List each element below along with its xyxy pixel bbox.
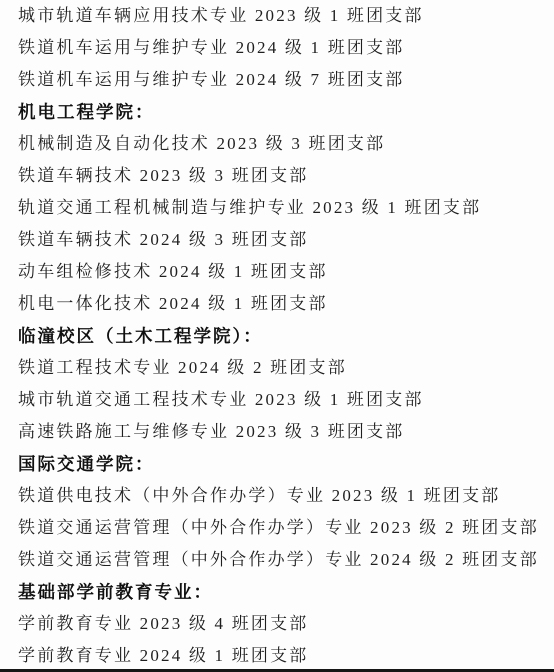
branch-item: 学前教育专业 2023 级 4 班团支部 (0, 608, 554, 640)
branch-item: 铁道工程技术专业 2024 级 2 班团支部 (0, 352, 554, 384)
branch-item: 铁道车辆技术 2023 级 3 班团支部 (0, 160, 554, 192)
branch-item: 动车组检修技术 2024 级 1 班团支部 (0, 256, 554, 288)
branch-item: 机械制造及自动化技术 2023 级 3 班团支部 (0, 128, 554, 160)
section-header: 基础部学前教育专业： (0, 576, 554, 608)
section-header: 国际交通学院： (0, 448, 554, 480)
branch-item: 轨道交通工程机械制造与维护专业 2023 级 1 班团支部 (0, 192, 554, 224)
branch-item: 城市轨道车辆应用技术专业 2023 级 1 班团支部 (0, 0, 554, 32)
section-header: 临潼校区（土木工程学院）： (0, 320, 554, 352)
branch-item: 铁道机车运用与维护专业 2024 级 7 班团支部 (0, 64, 554, 96)
section-header: 机电工程学院： (0, 96, 554, 128)
branch-item: 城市轨道交通工程技术专业 2023 级 1 班团支部 (0, 384, 554, 416)
branch-item: 学前教育专业 2024 级 1 班团支部 (0, 640, 554, 672)
branch-item: 铁道车辆技术 2024 级 3 班团支部 (0, 224, 554, 256)
branch-item: 铁道机车运用与维护专业 2024 级 1 班团支部 (0, 32, 554, 64)
branch-item: 铁道交通运营管理（中外合作办学）专业 2024 级 2 班团支部 (0, 544, 554, 576)
branch-item: 机电一体化技术 2024 级 1 班团支部 (0, 288, 554, 320)
branch-item: 高速铁路施工与维修专业 2023 级 3 班团支部 (0, 416, 554, 448)
branch-item: 铁道供电技术（中外合作办学）专业 2023 级 1 班团支部 (0, 480, 554, 512)
document-page: 城市轨道车辆应用技术专业 2023 级 1 班团支部 铁道机车运用与维护专业 2… (0, 0, 554, 672)
branch-item: 铁道交通运营管理（中外合作办学）专业 2023 级 2 班团支部 (0, 512, 554, 544)
